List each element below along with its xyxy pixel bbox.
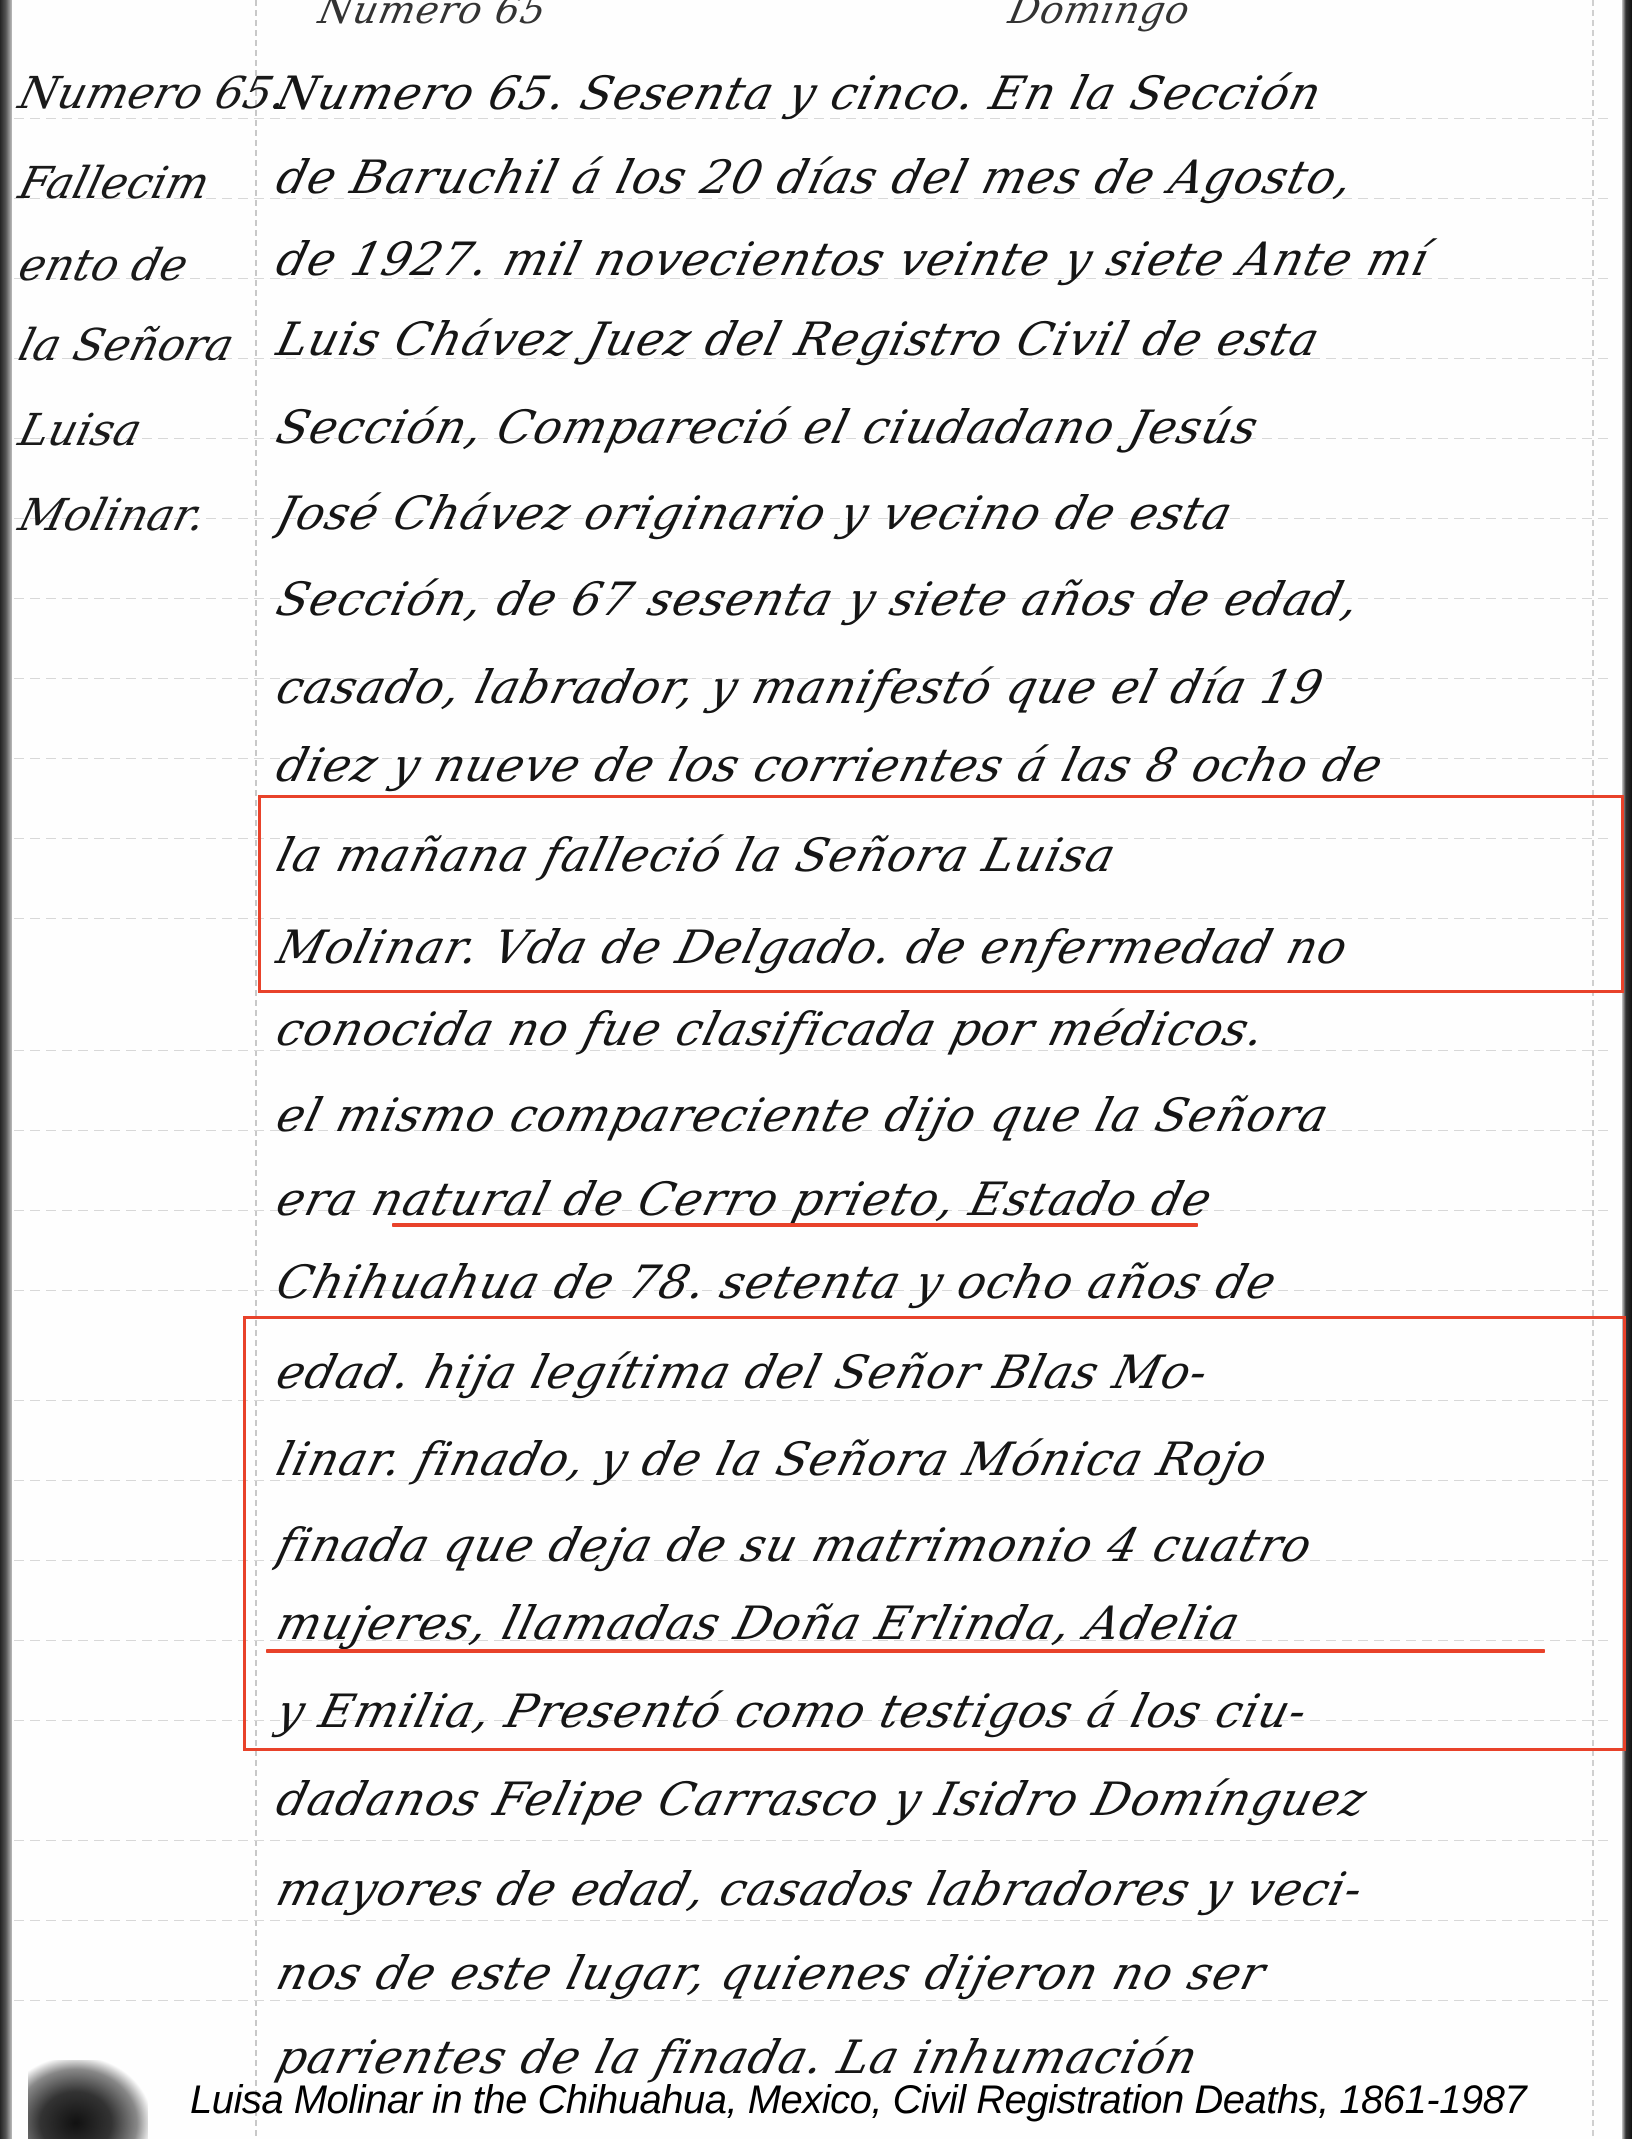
ruled-line bbox=[14, 1920, 1614, 1921]
record-line: casado, labrador, y manifestó que el día… bbox=[271, 660, 1604, 714]
record-line: de Baruchil á los 20 días del mes de Ago… bbox=[271, 150, 1604, 204]
record-line: Sección, de 67 sesenta y siete años de e… bbox=[271, 572, 1604, 626]
record-line: parientes de la finada. La inhumación bbox=[271, 2030, 1604, 2084]
book-binding-right bbox=[1622, 0, 1632, 2139]
record-line: mayores de edad, casados labradores y ve… bbox=[271, 1862, 1604, 1916]
underline-birthplace bbox=[392, 1223, 1198, 1227]
record-line: Luis Chávez Juez del Registro Civil de e… bbox=[271, 312, 1604, 366]
margin-note-line: la Señora bbox=[14, 320, 262, 371]
record-line: José Chávez originario y vecino de esta bbox=[271, 486, 1604, 540]
book-binding-left bbox=[0, 0, 12, 2139]
ruled-line bbox=[14, 1840, 1614, 1841]
ruled-line bbox=[14, 2000, 1614, 2001]
highlight-box-death-statement bbox=[258, 795, 1624, 993]
margin-note-line: Numero 65. bbox=[14, 68, 262, 119]
record-line: el mismo compareciente dijo que la Señor… bbox=[271, 1088, 1604, 1142]
margin-note-line: Fallecim bbox=[14, 158, 262, 209]
record-line: Sección, Compareció el ciudadano Jesús bbox=[271, 400, 1604, 454]
margin-note-line: Luisa bbox=[14, 405, 262, 456]
underline-daughters bbox=[266, 1649, 1545, 1653]
margin-note-line: ento de bbox=[14, 240, 262, 291]
record-line: Numero 65. Sesenta y cinco. En la Secció… bbox=[271, 66, 1604, 120]
record-line: de 1927. mil novecientos veinte y siete … bbox=[271, 232, 1604, 286]
margin-note-line: Molinar. bbox=[14, 490, 262, 541]
record-line: conocida no fue clasificada por médicos. bbox=[271, 1002, 1604, 1056]
record-line: dadanos Felipe Carrasco y Isidro Domíngu… bbox=[271, 1772, 1604, 1826]
header-fragment-right: Domingo bbox=[1006, 0, 1195, 28]
document-page: Numero 65 Domingo Numero 65. Fallecim en… bbox=[0, 0, 1632, 2139]
header-fragment-left: Numero 65 bbox=[316, 0, 551, 28]
record-line: diez y nueve de los corrientes á las 8 o… bbox=[271, 738, 1604, 792]
highlight-box-parents-children bbox=[243, 1316, 1626, 1751]
image-caption: Luisa Molinar in the Chihuahua, Mexico, … bbox=[190, 2078, 1526, 2123]
record-line: Chihuahua de 78. setenta y ocho años de bbox=[271, 1255, 1604, 1309]
record-line: nos de este lugar, quienes dijeron no se… bbox=[271, 1946, 1604, 2000]
record-line: era natural de Cerro prieto, Estado de bbox=[271, 1172, 1604, 1226]
scan-thumb-shadow bbox=[28, 2060, 148, 2139]
